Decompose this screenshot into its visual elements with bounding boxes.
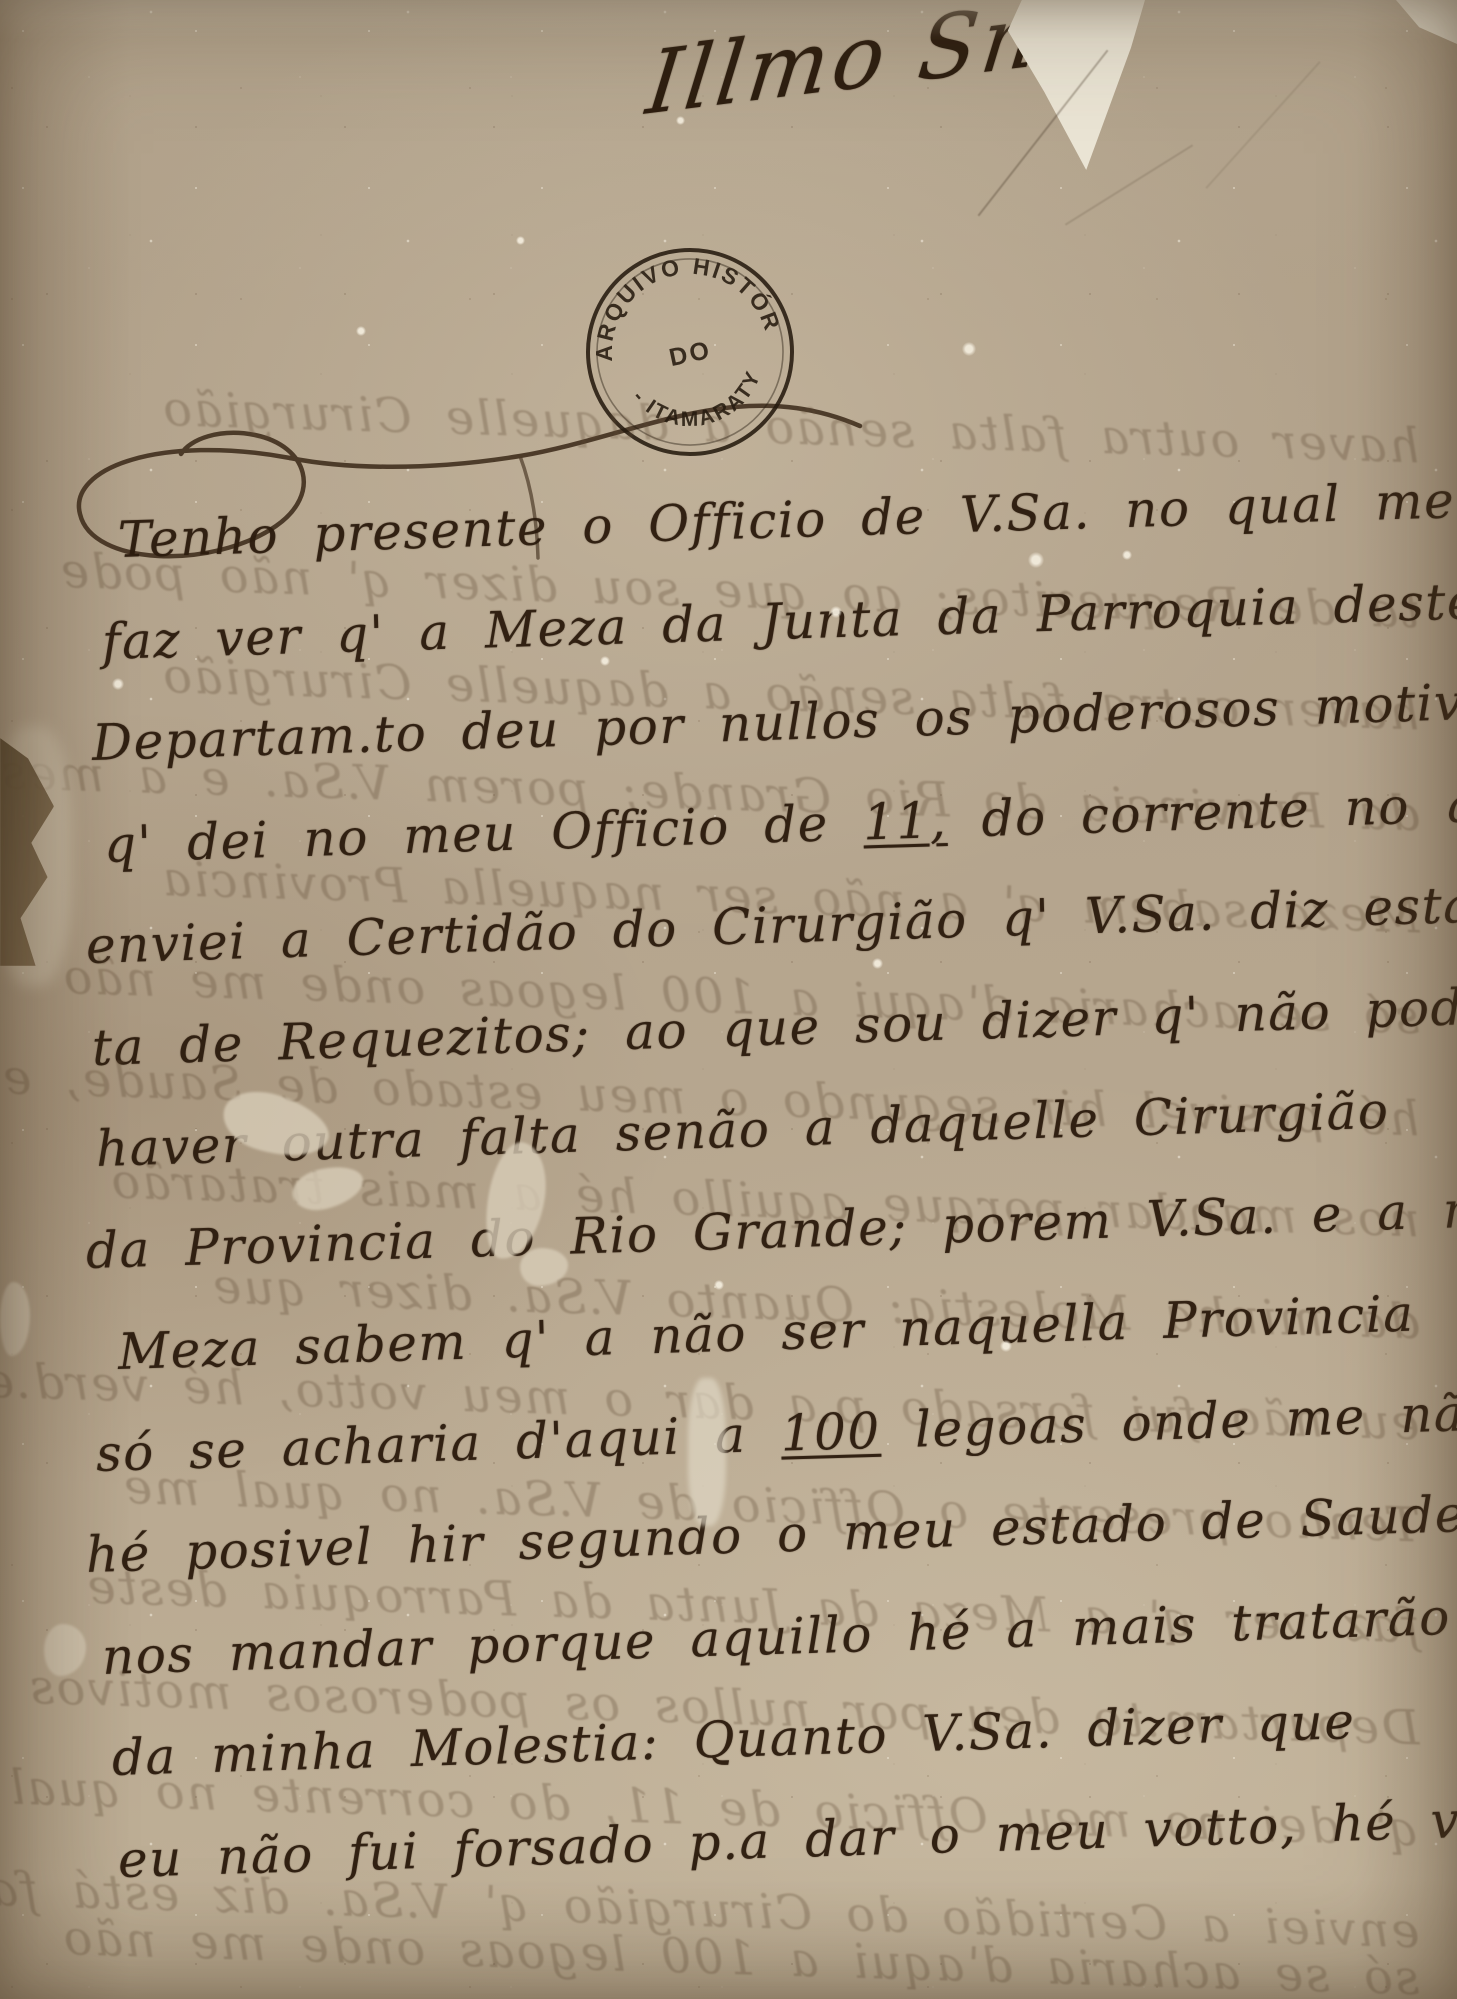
paper-fleck (516, 236, 525, 245)
paper-streak (688, 1378, 726, 1526)
bleed-through-ghost-line: haver outra falta senão a daquelle Cirur… (39, 378, 1420, 475)
paper-fleck (356, 326, 366, 336)
paper-fleck (1122, 550, 1132, 560)
paper-fleck (1028, 552, 1044, 568)
manuscript-page: ARQUIVO HISTÓRICO - ITAMARATY - DO Illmo… (0, 0, 1457, 1999)
paper-fleck (676, 116, 685, 125)
paper-fleck (872, 958, 883, 969)
paper-fleck (962, 342, 976, 356)
letter-body: haver outra falta senão a daquelle Cirur… (0, 0, 1457, 1999)
paper-fleck (1000, 1340, 1012, 1352)
paper-fleck (600, 656, 610, 666)
paper-fleck (714, 1280, 724, 1290)
paper-fleck (830, 606, 842, 618)
paper-fleck (112, 678, 124, 690)
